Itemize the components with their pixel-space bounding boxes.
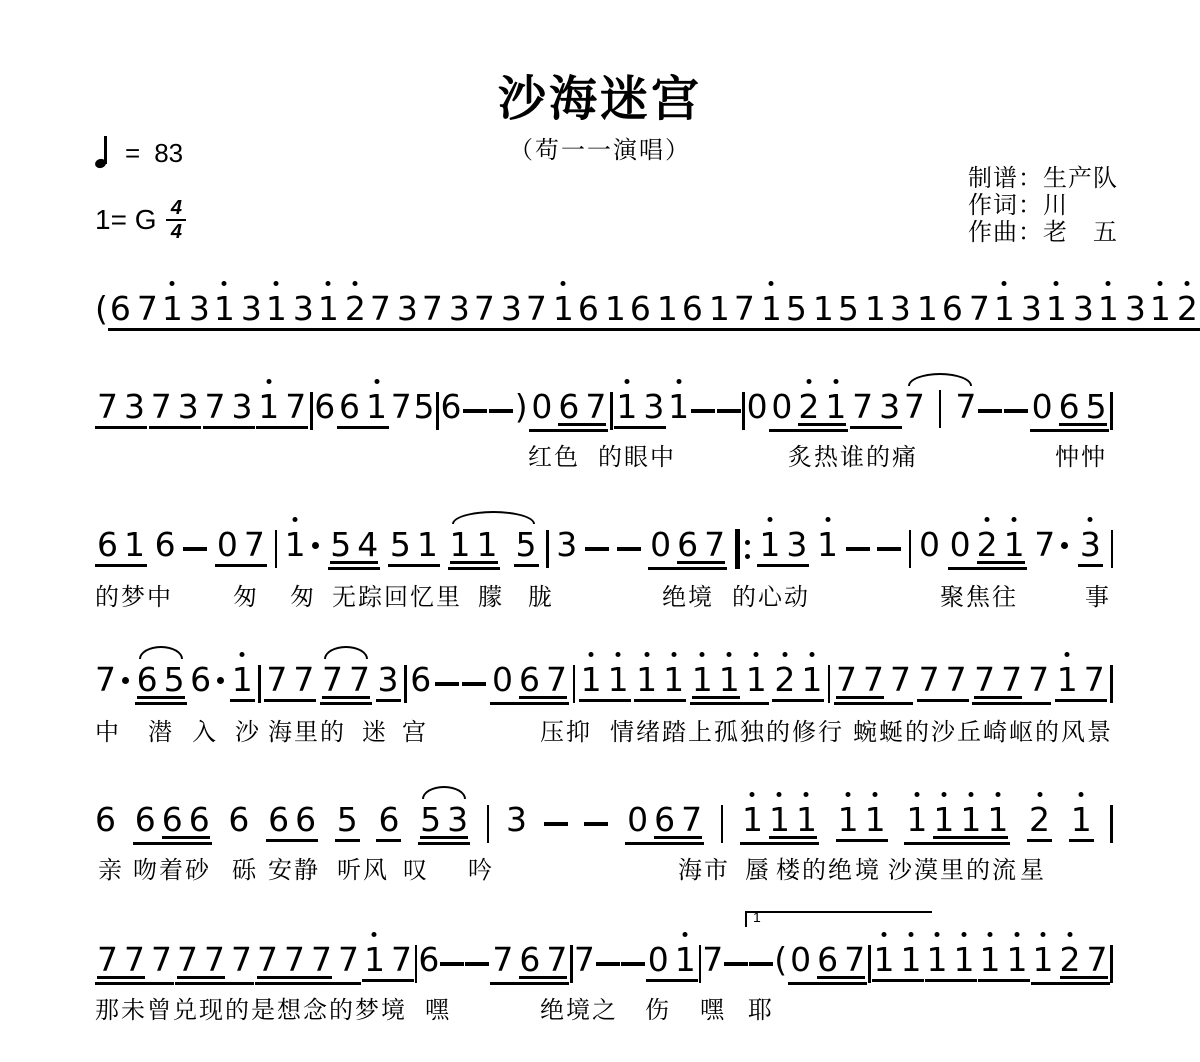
note: 5 — [786, 292, 807, 325]
lyric-segment: 事 — [1085, 577, 1111, 612]
beam-group: 021 — [769, 390, 848, 432]
note: 7 — [681, 803, 702, 836]
barline — [404, 665, 407, 703]
note: 1 — [232, 663, 253, 696]
music-line: 77777777771767677017(067111111127 — [95, 943, 1113, 985]
note: 7 — [526, 292, 547, 325]
beam-group: 13 — [264, 292, 316, 331]
note: 2 — [345, 292, 366, 325]
note: 6 — [441, 390, 462, 423]
lyric-segment: 绝境 — [662, 577, 714, 612]
note: 6 — [135, 803, 156, 836]
beam-group: 61 — [628, 292, 680, 331]
note: 5 — [420, 803, 441, 836]
note: 1 — [636, 663, 657, 696]
beam-group: 13 — [614, 390, 666, 429]
note: 7 — [95, 663, 116, 696]
barline — [436, 392, 439, 430]
barline — [828, 665, 831, 703]
dash-note — [724, 962, 748, 966]
note: 0 — [950, 528, 971, 561]
beam-group: 51 — [388, 528, 440, 567]
note: 1 — [1071, 803, 1092, 836]
note: 7 — [474, 292, 495, 325]
credits: 制谱：生产队 作词：川 作曲：老 五 — [968, 166, 1118, 247]
note: 1 — [1004, 528, 1025, 561]
note: 1 — [865, 292, 886, 325]
parenthesis: ) — [515, 390, 528, 423]
note: 1 — [901, 943, 922, 976]
note: 3 — [786, 528, 807, 561]
beam-group: 67 — [940, 292, 992, 331]
note: 7 — [97, 943, 118, 976]
slur-group: 65 — [135, 663, 187, 705]
note: 1 — [1098, 292, 1119, 325]
note: 7 — [734, 292, 755, 325]
beam-group: 73 — [149, 390, 201, 429]
music-line: (671313131273737371616161715151316713131… — [95, 292, 1113, 331]
note: 7 — [205, 390, 226, 423]
beam-group: 7777 — [255, 943, 361, 985]
note: 2 — [977, 528, 998, 561]
beam-group: 065 — [1030, 390, 1109, 432]
note: 1 — [285, 528, 306, 561]
note: 6 — [162, 803, 183, 836]
note: 1 — [616, 390, 637, 423]
note: 1 — [994, 292, 1015, 325]
note: 1 — [719, 663, 740, 696]
barline — [939, 390, 942, 428]
note: 1 — [987, 803, 1008, 836]
beam-group: 01 — [646, 943, 698, 982]
volta-bracket: 1 — [745, 911, 932, 927]
note: 0 — [531, 390, 552, 423]
note: 2 — [774, 663, 795, 696]
note: 1 — [917, 292, 938, 325]
lyric-segment: 嘿 — [425, 990, 451, 1025]
beam-group: 666 — [133, 803, 212, 845]
note: 1 — [692, 663, 713, 696]
note: 6 — [189, 803, 210, 836]
barline — [868, 945, 871, 983]
note: 6 — [817, 943, 838, 976]
note: 1 — [162, 292, 183, 325]
note: 7 — [293, 663, 314, 696]
note: 3 — [397, 292, 418, 325]
note: 1 — [258, 390, 279, 423]
note: 6 — [97, 528, 118, 561]
lyric-segment: 迷 — [362, 712, 388, 747]
note: 0 — [747, 390, 768, 423]
beam-group: 51 — [784, 292, 836, 331]
note: 7 — [349, 663, 370, 696]
note: 3 — [506, 803, 527, 836]
note: 1 — [657, 292, 678, 325]
beam-group: 13 — [160, 292, 212, 331]
note: 1 — [668, 390, 689, 423]
barline — [275, 530, 278, 568]
note: 3 — [1080, 528, 1101, 561]
beam-group: 11 — [448, 528, 500, 570]
dash-note — [717, 409, 741, 413]
note: 2 — [1177, 292, 1198, 325]
note: 6 — [1059, 390, 1080, 423]
beam-group: 65 — [135, 663, 187, 705]
lyric-segment: 海市 — [678, 850, 730, 885]
beam-group: 11 — [836, 803, 888, 842]
note: 5 — [516, 528, 537, 561]
note: 7 — [946, 663, 967, 696]
lyric-segment: 叹 — [403, 850, 429, 885]
lyric-segment: 潜 — [148, 712, 174, 747]
repeat-dot — [745, 540, 750, 545]
note: 0 — [627, 803, 648, 836]
note: 7 — [1001, 663, 1022, 696]
barline — [699, 945, 702, 983]
note: 1 — [838, 803, 859, 836]
barline — [570, 945, 573, 983]
music-line: 73737317661756)06713100217377065 — [95, 390, 1113, 432]
beam-group: 54 — [328, 528, 380, 570]
note: 3 — [879, 390, 900, 423]
note: 6 — [654, 803, 675, 836]
beam-group: 777 — [175, 943, 254, 985]
note: 1 — [874, 943, 895, 976]
note: 6 — [190, 663, 211, 696]
note: 6 — [410, 663, 431, 696]
barline — [1111, 530, 1114, 568]
barline — [742, 392, 745, 430]
note: 1 — [214, 292, 235, 325]
note: 5 — [337, 803, 358, 836]
note: 3 — [501, 292, 522, 325]
note: 3 — [124, 390, 145, 423]
note: 7 — [890, 663, 911, 696]
dash-note — [691, 409, 715, 413]
tempo-bpm: 83 — [154, 139, 183, 168]
note: 1 — [266, 292, 287, 325]
beam-group: 5 — [335, 803, 360, 842]
music-line: 66666665653306711111111121 — [95, 803, 1113, 845]
lyric-segment: 楼的绝 — [776, 850, 854, 885]
dash-note — [596, 962, 620, 966]
beam-group: 127 — [1031, 943, 1110, 985]
dash-note — [877, 547, 901, 551]
note: 6 — [578, 292, 599, 325]
note: 7 — [311, 943, 332, 976]
beam-group: 73 — [472, 292, 524, 331]
beam-group: 61 — [576, 292, 628, 331]
beam-group: 11 — [579, 663, 631, 702]
note: 0 — [771, 390, 792, 423]
dash-note — [617, 547, 641, 551]
note: 7 — [266, 663, 287, 696]
beam-group: 3 — [1078, 528, 1103, 567]
note: 6 — [418, 943, 439, 976]
note: 1 — [581, 663, 602, 696]
dash-note — [440, 962, 464, 966]
beam-group: 07 — [215, 528, 267, 567]
dash-note — [544, 822, 568, 826]
note: 3 — [643, 390, 664, 423]
note: 1 — [742, 803, 763, 836]
note: 1 — [364, 943, 385, 976]
beam-group: 66 — [266, 803, 318, 842]
note: 1 — [553, 292, 574, 325]
note: 7 — [1084, 663, 1105, 696]
barline — [258, 665, 261, 703]
beam-group: 51 — [836, 292, 888, 331]
note: 1 — [1150, 292, 1171, 325]
music-line: 765617777360671111111217777777717 — [95, 663, 1113, 705]
credit-arranger: 制谱：生产队 — [968, 166, 1118, 193]
beam-group: 13 — [992, 292, 1044, 331]
note: 3 — [378, 663, 399, 696]
note: 7 — [492, 943, 513, 976]
note: 7 — [231, 943, 252, 976]
repeat-sign-icon — [735, 529, 750, 569]
barline — [1110, 945, 1113, 983]
lyric-segment: 亲 — [98, 850, 124, 885]
beam-group: 65 — [1059, 390, 1107, 426]
beam-group: 77 — [177, 943, 225, 979]
dash-note — [465, 962, 489, 966]
beam-group: 67 — [108, 292, 160, 331]
beam-group: 777 — [972, 663, 1051, 705]
beam-group: 73 — [203, 390, 255, 429]
key-prefix: 1= G — [95, 204, 156, 236]
beam-group: 067 — [648, 528, 727, 570]
note: 7 — [284, 943, 305, 976]
beam-group: 77 — [97, 943, 145, 979]
slur-group: 115 — [448, 528, 539, 570]
note: 6 — [155, 528, 176, 561]
note: 7 — [1087, 943, 1108, 976]
lyric-segment: 砾 — [232, 850, 258, 885]
note: 7 — [391, 390, 412, 423]
note: 1 — [933, 803, 954, 836]
note: 7 — [244, 528, 265, 561]
lyric-segment: 宫 — [402, 712, 428, 747]
note: 5 — [164, 663, 185, 696]
note: 1 — [124, 528, 145, 561]
barline — [573, 665, 576, 703]
beam-group: 53 — [418, 803, 470, 845]
note: 6 — [339, 390, 360, 423]
note: 7 — [955, 390, 976, 423]
note: 1 — [865, 803, 886, 836]
note: 6 — [677, 528, 698, 561]
note: 7 — [852, 390, 873, 423]
beam-group: 11 — [872, 943, 924, 982]
beam-group: 31 — [888, 292, 940, 331]
lyric-segment: 炙热谁的痛 — [788, 437, 918, 472]
beam-group: 13 — [757, 528, 809, 567]
beam-group: 11 — [634, 663, 686, 702]
barline — [1110, 665, 1113, 703]
note: 7 — [151, 390, 172, 423]
note: 7 — [391, 943, 412, 976]
lyric-segment: 境 — [855, 850, 881, 885]
note: 7 — [585, 390, 606, 423]
dash-note — [584, 822, 608, 826]
beam-group: 67 — [677, 528, 725, 564]
note: 3 — [1021, 292, 1042, 325]
note: 1 — [663, 663, 684, 696]
note: 7 — [204, 943, 225, 976]
dash-note — [846, 547, 870, 551]
lyric-segment: 压抑 — [540, 712, 592, 747]
barline — [487, 805, 490, 843]
note: 7 — [285, 390, 306, 423]
beam-group: 67 — [519, 943, 567, 979]
dash-note — [978, 409, 1002, 413]
beam-group: 11 — [692, 663, 740, 699]
note: 7 — [1034, 528, 1055, 561]
note: 1 — [761, 292, 782, 325]
dash-note — [621, 962, 645, 966]
note: 1 — [759, 528, 780, 561]
note: 1 — [366, 390, 387, 423]
beam-group: 71 — [524, 292, 576, 331]
beam-group: 021 — [948, 528, 1027, 570]
note: 6 — [378, 803, 399, 836]
lyric-segment: 聚焦往 — [940, 577, 1018, 612]
note: 0 — [217, 528, 238, 561]
note: 6 — [519, 663, 540, 696]
quarter-note-icon — [95, 134, 111, 168]
note: 7 — [704, 528, 725, 561]
note: 1 — [417, 528, 438, 561]
note: 1 — [477, 528, 498, 561]
dash-note — [183, 547, 207, 551]
beam-group: 17 — [1055, 663, 1107, 702]
note: 7 — [702, 943, 723, 976]
note: 6 — [558, 390, 579, 423]
beam-group: 777 — [257, 943, 332, 979]
note: 7 — [137, 292, 158, 325]
note: 7 — [574, 943, 595, 976]
note: 5 — [1086, 390, 1107, 423]
note: 1 — [746, 663, 767, 696]
note: 1 — [927, 943, 948, 976]
note: 3 — [232, 390, 253, 423]
note: 7 — [257, 943, 278, 976]
beam-group: 111 — [933, 803, 1008, 839]
lyric-segment: 匆 — [233, 577, 259, 612]
beam-group: 67 — [817, 943, 865, 979]
beam-group: 777 — [95, 943, 174, 985]
beam-group: 12 — [1148, 292, 1200, 331]
note: 6 — [942, 292, 963, 325]
beam-group: 65 — [137, 663, 185, 699]
lyric-segment: 伤 — [645, 990, 671, 1025]
note: 3 — [1073, 292, 1094, 325]
note: 3 — [178, 390, 199, 423]
note: 6 — [630, 292, 651, 325]
beam-group: 73 — [368, 292, 420, 331]
note: 0 — [492, 663, 513, 696]
beam-group: 54 — [330, 528, 378, 564]
tempo-equals: = — [125, 139, 140, 168]
note: 3 — [1125, 292, 1146, 325]
lyric-segment: 安静 — [268, 850, 320, 885]
note: 7 — [919, 663, 940, 696]
beam-group: 1 — [1069, 803, 1094, 842]
beam-group: 6 — [376, 803, 401, 842]
beam-group: 21 — [798, 390, 846, 426]
beam-group: 77 — [836, 663, 884, 699]
volta-label: 1 — [753, 910, 761, 924]
note: 7 — [370, 292, 391, 325]
barline — [1110, 805, 1113, 843]
note: 7 — [422, 292, 443, 325]
note: 5 — [390, 528, 411, 561]
dash-note — [1004, 409, 1028, 413]
dash-note — [463, 409, 487, 413]
beam-group: 61 — [680, 292, 732, 331]
note: 1 — [825, 390, 846, 423]
beam-group: 13 — [1044, 292, 1096, 331]
slur-group: 77 — [904, 390, 977, 428]
note: 6 — [268, 803, 289, 836]
note: 0 — [648, 943, 669, 976]
repeat-dots — [745, 540, 750, 559]
lyric-segment: 沙 — [235, 712, 261, 747]
lyric-segment: 沙漠里的流 — [888, 850, 1018, 885]
beam-group: 53 — [420, 803, 468, 839]
beam-group: 13 — [212, 292, 264, 331]
lyric-segment: 海里的 — [268, 712, 346, 747]
lyric-segment: 吟 — [468, 850, 494, 885]
beam-group: 111 — [690, 663, 769, 705]
barline — [310, 392, 313, 430]
note: 7 — [177, 943, 198, 976]
note: 1 — [675, 943, 696, 976]
lyric-segment: 听风 — [337, 850, 389, 885]
beam-group: 67 — [654, 803, 702, 839]
note: 7 — [844, 943, 865, 976]
note: 1 — [954, 943, 975, 976]
lyric-segment: 忡忡 — [1055, 437, 1107, 472]
dash-note — [585, 547, 609, 551]
note: 1 — [605, 292, 626, 325]
lyric-segment: 朦 — [478, 577, 504, 612]
note: 1 — [960, 803, 981, 836]
slur-group: 77 — [320, 663, 372, 705]
note: 1 — [980, 943, 1001, 976]
tempo-marking: = 83 — [95, 134, 183, 168]
barline — [546, 530, 549, 568]
beam-group: 73 — [850, 390, 902, 429]
beam-group: 17 — [362, 943, 414, 982]
note: 1 — [1057, 663, 1078, 696]
note: 6 — [228, 803, 249, 836]
lyric-segment: 无踪回忆里 — [332, 577, 462, 612]
note: 3 — [189, 292, 210, 325]
note: 7 — [969, 292, 990, 325]
dash-note — [489, 409, 513, 413]
note: 6 — [137, 663, 158, 696]
note: 0 — [790, 943, 811, 976]
note: 0 — [650, 528, 671, 561]
lyric-segment: 蜿蜒的沙丘崎岖的风景 — [853, 712, 1113, 747]
song-title: 沙海迷宫 — [0, 60, 1200, 129]
note: 1 — [1007, 943, 1028, 976]
beam-group: 77 — [264, 663, 316, 702]
beam-group: 111 — [740, 803, 819, 845]
lyric-segment: 的心动 — [732, 577, 810, 612]
